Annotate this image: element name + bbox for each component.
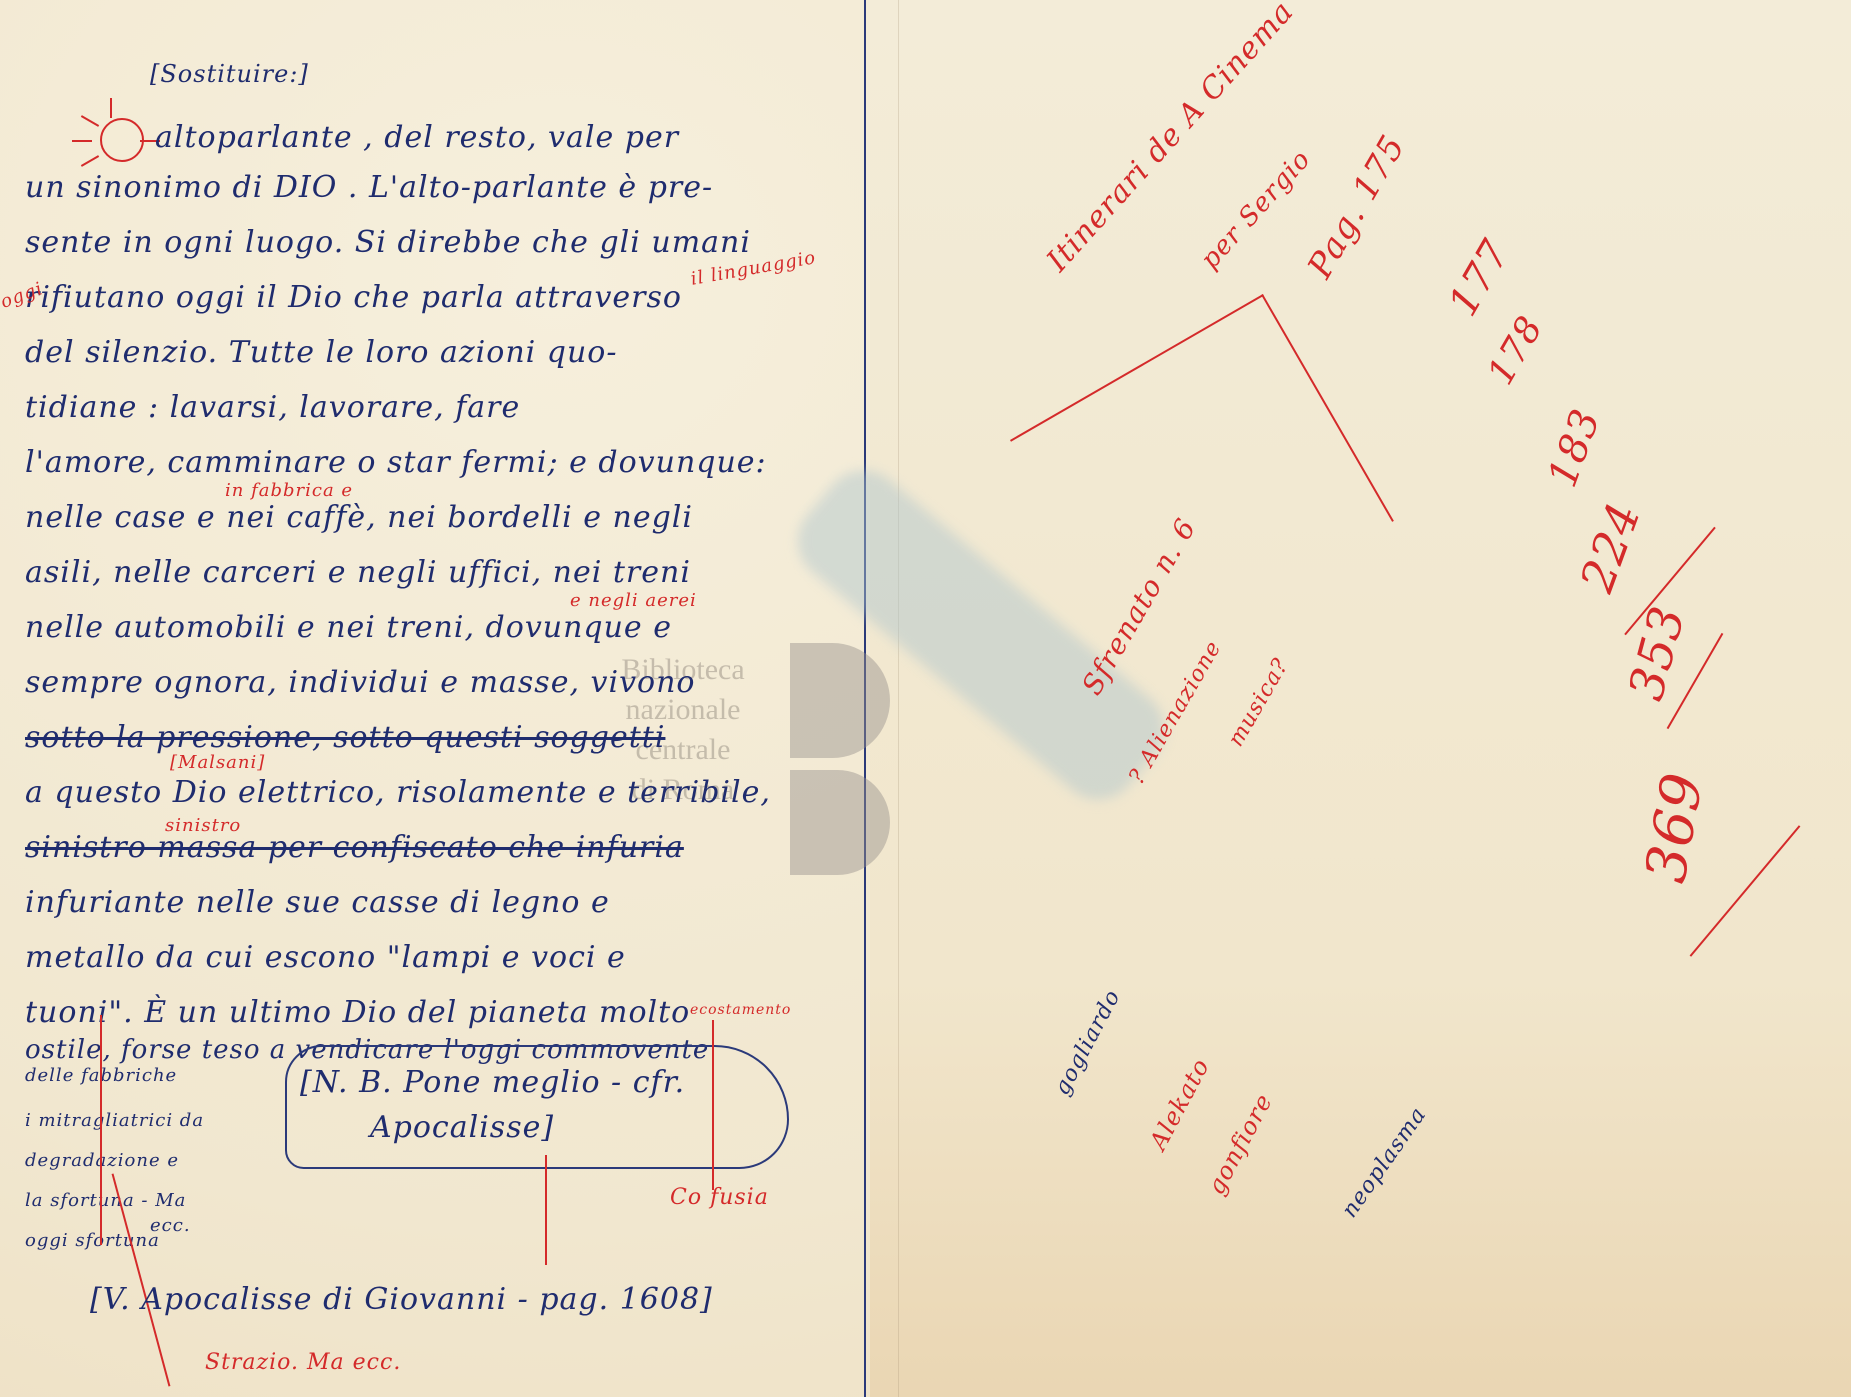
manuscript-line: un sinonimo di DIO . L'alto-parlante è p… bbox=[25, 170, 713, 205]
red-arrow bbox=[545, 1155, 547, 1265]
red-arrow bbox=[712, 1020, 714, 1190]
sun-ray bbox=[72, 140, 92, 142]
manuscript-line: l'amore, camminare o star fermi; e dovun… bbox=[25, 445, 767, 480]
red-insertion: in fabbrica e bbox=[225, 480, 353, 501]
manuscript-line: sente in ogni luogo. Si direbbe che gli … bbox=[25, 225, 751, 260]
red-insertion: e negli aerei bbox=[570, 590, 697, 611]
manuscript-line: sempre ognora, individui e masse, vivono bbox=[25, 665, 695, 700]
boxed-note-line: Apocalisse] bbox=[370, 1110, 554, 1145]
manuscript-line: metallo da cui escono "lampi e voci e bbox=[25, 940, 626, 975]
red-side-note: Co fusia bbox=[670, 1185, 769, 1210]
header-note: [Sostituire:] bbox=[150, 60, 309, 88]
manuscript-line: asili, nelle carceri e negli uffici, nei… bbox=[25, 555, 691, 590]
manuscript-line: a questo Dio elettrico, risolamente e te… bbox=[25, 775, 771, 810]
red-insertion: ecostamento bbox=[690, 1002, 791, 1018]
manuscript-line: sinistro massa per confiscato che infuri… bbox=[25, 830, 684, 865]
manuscript-line: nelle case e nei caffè, nei bordelli e n… bbox=[25, 500, 693, 535]
manuscript-line: infuriante nelle sue casse di legno e bbox=[25, 885, 610, 920]
manuscript-line: nelle automobili e nei treni, dovunque e bbox=[25, 610, 672, 645]
manuscript-line: tidiane : lavarsi, lavorare, fare bbox=[25, 390, 520, 425]
boxed-note-line: [N. B. Pone meglio - cfr. bbox=[300, 1065, 685, 1100]
bottom-reference: [V. Apocalisse di Giovanni - pag. 1608] bbox=[90, 1282, 713, 1317]
manuscript-line: sotto la pressione, sotto questi soggett… bbox=[25, 720, 665, 755]
red-insertion: [Malsani] bbox=[170, 752, 265, 773]
manuscript-line: altoparlante , del resto, vale per bbox=[155, 120, 679, 155]
manuscript-line: rifiutano oggi il Dio che parla attraver… bbox=[25, 280, 682, 315]
bottom-red-note: Strazio. Ma ecc. bbox=[205, 1350, 401, 1375]
sun-icon bbox=[100, 118, 144, 162]
manuscript-line: del silenzio. Tutte le loro azioni quo- bbox=[25, 335, 618, 370]
page-fold bbox=[898, 0, 899, 1397]
manuscript-line: tuoni". È un ultimo Dio del pianeta molt… bbox=[25, 995, 690, 1030]
red-insertion: sinistro bbox=[165, 815, 241, 836]
sun-ray bbox=[110, 98, 112, 118]
red-arrow bbox=[100, 1015, 102, 1245]
